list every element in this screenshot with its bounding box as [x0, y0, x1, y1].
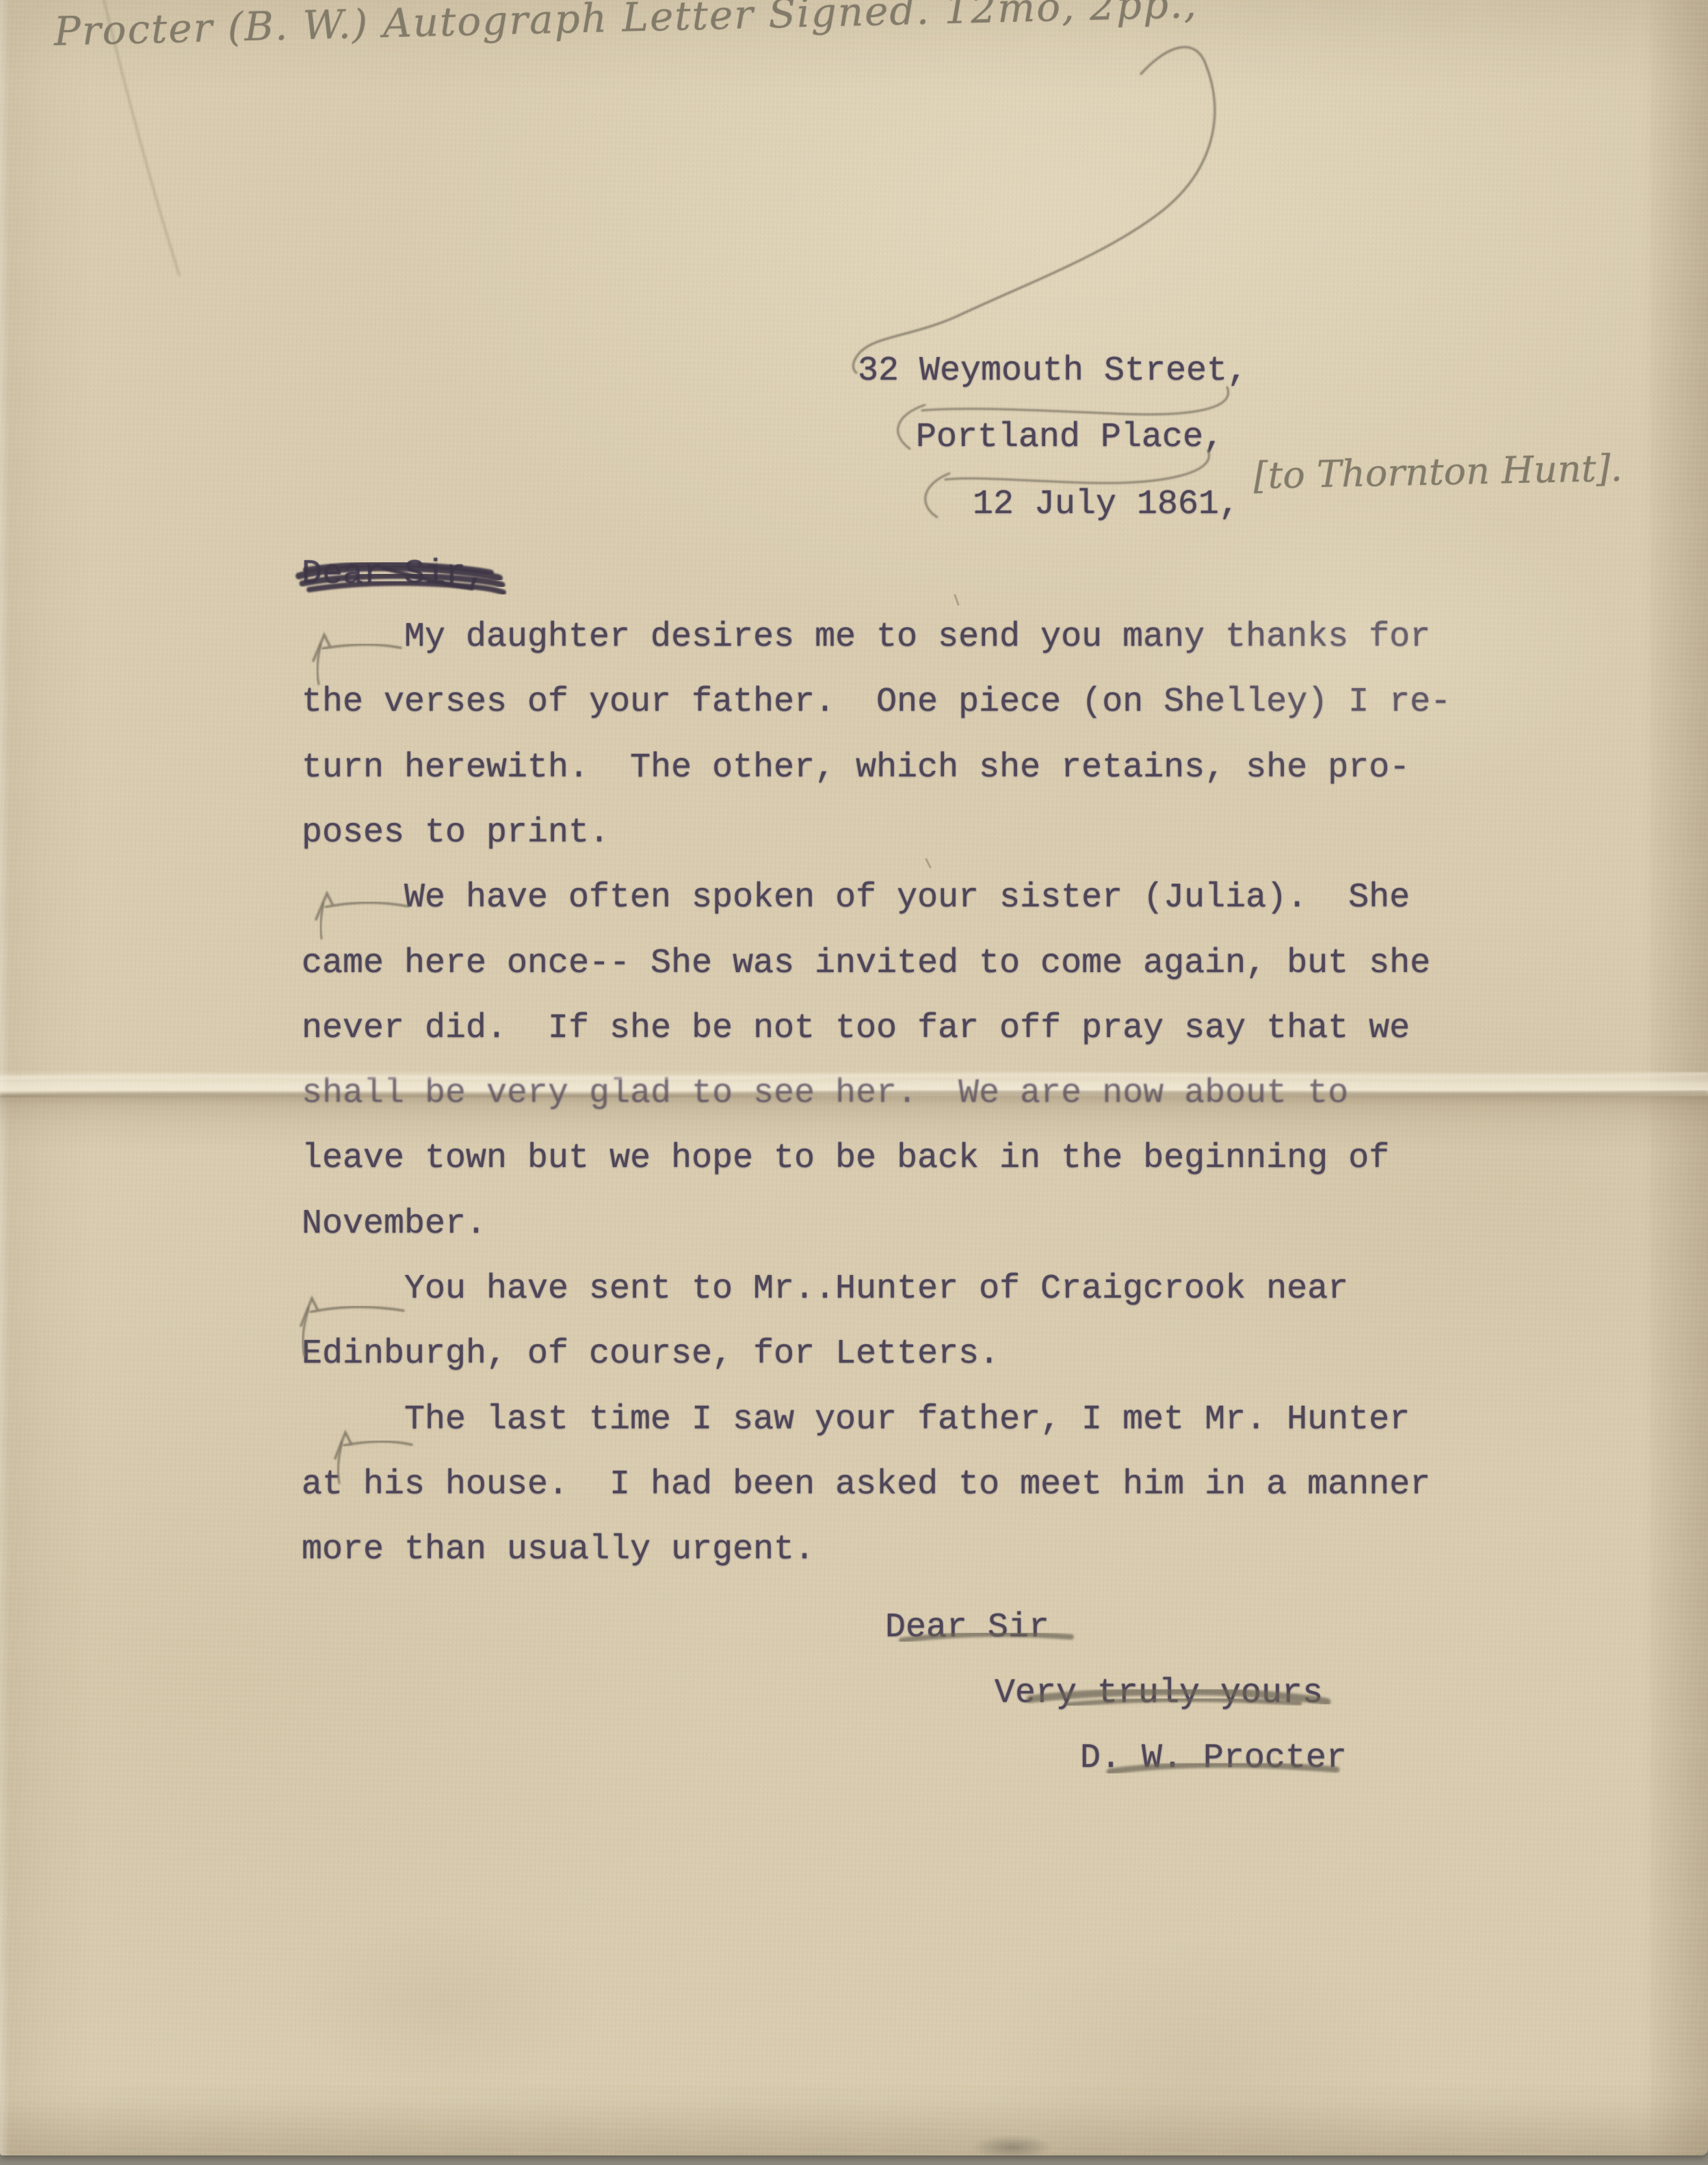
- address-line-2: Portland Place,: [916, 417, 1224, 458]
- body-line: poses to print.: [302, 813, 609, 854]
- paren-mark-2: [925, 473, 949, 517]
- body-line: November.: [302, 1204, 486, 1245]
- dealer-annotation: Procter (B. W.) Autograph Letter Signed.…: [53, 0, 1198, 55]
- body-line: My daughter desires me to send you many …: [404, 617, 1430, 658]
- body-line-faded-at-crease: shall be very glad to see her. We are no…: [302, 1073, 1348, 1114]
- stray-tick-1: [955, 595, 958, 605]
- closing-struck-salutation: Dear Sir: [885, 1608, 1049, 1649]
- bottom-edge-smudge: [954, 2126, 1070, 2162]
- address-line-1: 32 Weymouth Street,: [858, 351, 1248, 392]
- paragraph-mark-2: [316, 893, 408, 939]
- recipient-note-annotation: [to Thornton Hunt].: [1253, 447, 1622, 497]
- stray-tick-2: [926, 859, 930, 867]
- signature: D. W. Procter: [1080, 1738, 1347, 1779]
- annotation-flourish-curve: [853, 47, 1215, 373]
- paragraph-mark-1: [313, 635, 401, 684]
- letter-page: Procter (B. W.) Autograph Letter Signed.…: [0, 0, 1708, 2155]
- date-line: 12 July 1861,: [973, 484, 1239, 525]
- body-line: The last time I saw your father, I met M…: [404, 1400, 1410, 1441]
- body-line: came here once-- She was invited to come…: [302, 943, 1430, 984]
- body-line: at his house. I had been asked to meet h…: [302, 1465, 1430, 1506]
- body-line: never did. If she be not too far off pra…: [302, 1008, 1410, 1049]
- body-line: the verses of your father. One piece (on…: [302, 682, 1451, 723]
- salutation-struck: Dear Sir,: [302, 554, 486, 595]
- body-line: Edinburgh, of course, for Letters.: [302, 1334, 999, 1375]
- body-line: more than usually urgent.: [302, 1530, 815, 1571]
- body-line: You have sent to Mr..Hunter of Craigcroo…: [404, 1269, 1348, 1310]
- body-line: turn herewith. The other, which she reta…: [302, 748, 1410, 789]
- body-line: leave town but we hope to be back in the…: [302, 1138, 1389, 1179]
- body-line: We have often spoken of your sister (Jul…: [404, 878, 1410, 919]
- closing-valediction: Very truly yours: [995, 1673, 1323, 1714]
- scanned-letter: Procter (B. W.) Autograph Letter Signed.…: [0, 0, 1708, 2165]
